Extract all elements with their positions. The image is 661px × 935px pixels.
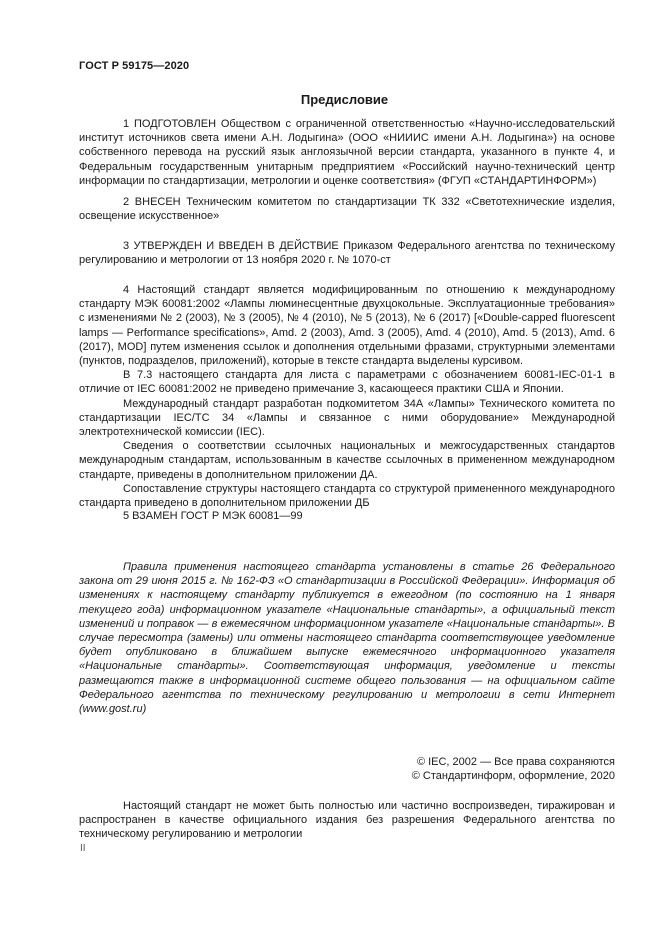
paragraph-2-submitted-by: 2 ВНЕСЕН Техническим комитетом по станда… xyxy=(79,195,615,223)
paragraph-text: Сведения о соответствии ссылочных национ… xyxy=(79,439,615,482)
section-title: Предисловие xyxy=(0,92,661,107)
copyright-standartinform: © Стандартинформ, оформление, 2020 xyxy=(79,769,615,783)
paragraph-4-modification: 4 Настоящий стандарт является модифициро… xyxy=(79,283,615,510)
paragraph-text: 1 ПОДГОТОВЛЕН Обществом с ограниченной о… xyxy=(79,117,615,188)
paragraph-text: 5 ВЗАМЕН ГОСТ Р МЭК 60081—99 xyxy=(79,509,615,523)
paragraph-3-approved: 3 УТВЕРЖДЕН И ВВЕДЕН В ДЕЙСТВИЕ Приказом… xyxy=(79,239,615,267)
application-rules-notice: Правила применения настоящего стандарта … xyxy=(79,560,615,716)
paragraph-text: Настоящий стандарт не может быть полност… xyxy=(79,799,615,842)
reproduction-notice: Настоящий стандарт не может быть полност… xyxy=(79,799,615,842)
paragraph-5-replaces: 5 ВЗАМЕН ГОСТ Р МЭК 60081—99 xyxy=(79,509,615,523)
paragraph-1-prepared-by: 1 ПОДГОТОВЛЕН Обществом с ограниченной о… xyxy=(79,117,615,188)
document-code-header: ГОСТ Р 59175—2020 xyxy=(79,60,189,72)
paragraph-text: 2 ВНЕСЕН Техническим комитетом по станда… xyxy=(79,195,615,223)
page-number: II xyxy=(80,843,86,854)
paragraph-text: Сопоставление структуры настоящего станд… xyxy=(79,482,615,510)
notice-text: Правила применения настоящего стандарта … xyxy=(79,560,615,716)
paragraph-text: В 7.3 настоящего стандарта для листа с п… xyxy=(79,368,615,396)
paragraph-text: 3 УТВЕРЖДЕН И ВВЕДЕН В ДЕЙСТВИЕ Приказом… xyxy=(79,239,615,267)
document-page: ГОСТ Р 59175—2020 Предисловие 1 ПОДГОТОВ… xyxy=(0,0,661,935)
copyright-block: © IEC, 2002 — Все права сохраняются © Ст… xyxy=(79,755,615,783)
copyright-iec: © IEC, 2002 — Все права сохраняются xyxy=(79,755,615,769)
paragraph-text: 4 Настоящий стандарт является модифициро… xyxy=(79,283,615,368)
paragraph-text: Международный стандарт разработан подком… xyxy=(79,397,615,440)
